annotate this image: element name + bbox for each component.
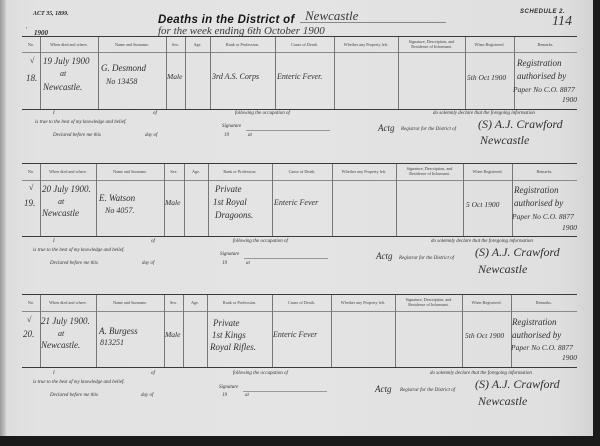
column-divider — [40, 295, 41, 367]
decl-of: of — [151, 371, 155, 376]
col-header-no: No. — [22, 300, 40, 305]
decl-following: following the occupation of — [235, 111, 290, 116]
date-registered: 5th Oct 1900 — [467, 73, 506, 82]
regiment-value: 1st Kings — [212, 330, 246, 340]
col-header-when-died: When died and where. — [40, 300, 96, 305]
cause-of-death: Enteric Fever. — [277, 72, 322, 81]
col-header-sex: Sex. — [166, 42, 185, 47]
rank-value: 3rd A.S. Corps — [212, 72, 259, 81]
col-header-rank: Rank or Profession. — [210, 42, 275, 47]
col-header-age: Age. — [184, 169, 208, 174]
decl-of: of — [151, 239, 155, 244]
acting-mark: Actg — [375, 384, 392, 394]
column-divider — [98, 37, 99, 109]
col-header-name: Name and Surname. — [96, 300, 164, 305]
col-header-sex: Sex. — [164, 300, 183, 305]
remarks-year: 1900 — [562, 95, 577, 104]
decl-19: 19 — [222, 261, 227, 266]
place-at: at — [58, 197, 64, 206]
registrar-district: Newcastle — [478, 394, 527, 409]
column-divider — [462, 295, 463, 367]
entry-bottom-rule — [22, 109, 577, 110]
column-divider — [210, 37, 211, 109]
place-died: Newcastle. — [43, 82, 82, 92]
sex-value: Male — [165, 330, 180, 339]
remarks-line: Paper No C.O. 8877 — [513, 85, 575, 94]
remarks-line: authorised by — [514, 198, 563, 208]
decl-signature-label: Signature — [219, 385, 238, 390]
col-header-remarks: Remarks. — [514, 42, 577, 47]
column-divider — [208, 164, 209, 236]
service-number: No 4057. — [105, 206, 134, 215]
acting-mark: Actg — [378, 123, 395, 133]
signature-line — [243, 391, 327, 392]
decl-at: at — [246, 261, 250, 266]
remarks-year: 1900 — [562, 353, 577, 362]
column-divider — [96, 295, 97, 367]
header-bottom-rule — [22, 52, 577, 53]
column-divider — [463, 164, 464, 236]
column-divider — [332, 164, 333, 236]
entry-tick: √ — [30, 56, 34, 65]
entry-tick: √ — [27, 315, 31, 324]
column-divider — [396, 164, 397, 236]
column-divider — [514, 37, 515, 109]
col-header-name: Name and Surname. — [98, 42, 166, 47]
col-header-remarks: Remarks. — [511, 300, 577, 305]
column-divider — [183, 295, 184, 367]
table-top-rule — [22, 163, 577, 164]
remarks-line: Registration — [512, 317, 557, 327]
remarks-line: Paper No C.O. 8877 — [512, 212, 574, 221]
rank-value: Private — [215, 184, 242, 194]
page-number: 114 — [552, 14, 572, 30]
entry-number: 18. — [26, 73, 37, 83]
column-divider — [465, 37, 466, 109]
act-reference: ACT 35, 1899. — [33, 11, 69, 17]
sex-value: Male — [167, 72, 182, 81]
column-divider — [184, 164, 185, 236]
entry-bottom-rule — [22, 236, 577, 237]
col-header-rank: Rank or Profession. — [208, 169, 272, 174]
decl-at: at — [248, 133, 252, 138]
column-divider — [96, 164, 97, 236]
regiment-value: 1st Royal — [213, 197, 247, 207]
remarks-line: authorised by — [512, 330, 561, 340]
registrar-district: Newcastle — [478, 262, 527, 277]
decl-solemnly: do solemnly declare that the foregoing i… — [431, 239, 533, 244]
column-divider — [207, 295, 208, 367]
service-number: 813251 — [100, 338, 124, 347]
col-header-no: No. — [22, 42, 40, 47]
registrar-signature: (S) A.J. Crawford — [478, 117, 563, 132]
deceased-name: E. Watson — [99, 193, 135, 203]
col-header-informant: Signature, Description, and Residence of… — [397, 297, 460, 307]
col-header-informant: Signature, Description, and Residence of… — [400, 39, 463, 49]
column-divider — [512, 164, 513, 236]
signature-line — [244, 258, 328, 259]
col-header-when-died: When died and where. — [40, 42, 98, 47]
decl-true: is true to the best of my knowledge and … — [35, 120, 127, 125]
regiment-value: Royal Rifles. — [210, 342, 256, 352]
date-registered: 5 Oct 1900 — [466, 200, 499, 209]
col-header-informant: Signature, Description, and Residence of… — [398, 166, 461, 176]
column-divider — [40, 164, 41, 236]
service-number: No 13458 — [106, 77, 137, 86]
column-divider — [40, 37, 41, 109]
place-died: Newcastle — [42, 208, 79, 218]
death-register-page: ACT 35, 1899. Deaths in the District of … — [0, 0, 593, 436]
entry-number: 20. — [23, 329, 34, 339]
column-divider — [334, 37, 335, 109]
remarks-year: 1900 — [562, 223, 577, 232]
entry-tick: √ — [29, 183, 33, 192]
col-header-sex: Sex. — [164, 169, 184, 174]
decl-i: I — [53, 111, 55, 116]
col-header-property: Whether any Property left. — [331, 300, 395, 305]
tick-mark: ' — [26, 26, 27, 34]
place-died: Newcastle. — [41, 340, 80, 350]
remarks-line: authorised by — [517, 71, 566, 81]
cause-of-death: Enteric Fever — [273, 330, 317, 339]
decl-solemnly: do solemnly declare that the foregoing i… — [433, 111, 535, 116]
registrar-signature: (S) A.J. Crawford — [475, 245, 560, 260]
cause-of-death: Enteric Fever — [274, 198, 318, 207]
decl-of: of — [153, 111, 157, 116]
date-registered: 5th Oct 1900 — [465, 331, 504, 340]
signature-line — [246, 130, 330, 131]
col-header-cause: Cause of Death. — [272, 169, 332, 174]
page-binding-edge — [0, 0, 6, 436]
header-bottom-rule — [22, 311, 577, 312]
decl-i: I — [53, 371, 55, 376]
remarks-line: Registration — [517, 58, 562, 68]
column-divider — [275, 37, 276, 109]
table-top-rule — [22, 36, 577, 37]
col-header-cause: Cause of Death. — [272, 300, 331, 305]
col-header-cause: Cause of Death. — [275, 42, 334, 47]
registrar-district: Newcastle — [480, 133, 529, 148]
registrar-label: Registrar for the District of — [399, 256, 454, 261]
registrar-label: Registrar for the District of — [400, 388, 455, 393]
decl-following: following the occupation of — [233, 239, 288, 244]
header-bottom-rule — [22, 180, 577, 181]
col-header-name: Name and Surname. — [96, 169, 164, 174]
registrar-signature: (S) A.J. Crawford — [475, 377, 560, 392]
acting-mark: Actg — [376, 251, 393, 261]
table-top-rule — [22, 294, 577, 295]
decl-day-of: day of — [142, 261, 154, 266]
decl-at: at — [245, 393, 249, 398]
decl-i: I — [53, 239, 55, 244]
col-header-property: Whether any Property left. — [334, 42, 398, 47]
decl-signature-label: Signature — [220, 252, 239, 257]
decl-day-of: day of — [145, 133, 157, 138]
decl-following: following the occupation of — [233, 371, 288, 376]
column-divider — [185, 37, 186, 109]
decl-declared: Declared before me this — [50, 261, 98, 266]
column-divider — [272, 164, 273, 236]
remarks-line: Registration — [514, 185, 559, 195]
column-divider — [395, 295, 396, 367]
entry-bottom-rule — [22, 367, 577, 368]
decl-day-of: day of — [141, 393, 153, 398]
sex-value: Male — [165, 198, 180, 207]
col-header-no: No. — [22, 169, 40, 174]
decl-true: is true to the best of my knowledge and … — [33, 380, 125, 385]
decl-19: 19 — [222, 393, 227, 398]
decl-signature-label: Signature — [222, 124, 241, 129]
decl-solemnly: do solemnly declare that the foregoing i… — [430, 371, 532, 376]
date-died: 19 July 1900 — [43, 56, 90, 66]
col-header-registered: When Registered. — [462, 300, 511, 305]
col-header-age: Age. — [185, 42, 210, 47]
col-header-remarks: Remarks. — [512, 169, 577, 174]
col-header-when-died: When died and where. — [40, 169, 96, 174]
col-header-property: Whether any Property left. — [332, 169, 396, 174]
remarks-line: Paper No C.O. 8877 — [511, 343, 573, 352]
deceased-name: G. Desmond — [101, 63, 146, 73]
col-header-age: Age. — [183, 300, 207, 305]
decl-true: is true to the best of my knowledge and … — [33, 248, 125, 253]
deceased-name: A. Burgess — [99, 326, 138, 336]
decl-19: 19 — [224, 133, 229, 138]
decl-declared: Declared before me this — [50, 393, 98, 398]
entry-number: 19. — [24, 198, 35, 208]
decl-declared: Declared before me this — [53, 133, 101, 138]
rank-value: Private — [213, 318, 240, 328]
district-underline — [300, 22, 446, 23]
col-header-registered: When Registered. — [465, 42, 514, 47]
date-died: 20 July 1900. — [42, 184, 91, 194]
col-header-registered: When Registered. — [463, 169, 512, 174]
col-header-rank: Rank or Profession. — [207, 300, 272, 305]
column-divider — [331, 295, 332, 367]
column-divider — [398, 37, 399, 109]
place-at: at — [60, 69, 66, 78]
place-at: at — [58, 329, 64, 338]
registrar-label: Registrar for the District of — [401, 127, 456, 132]
regiment-value: Dragoons. — [215, 210, 253, 220]
date-died: 21 July 1900. — [41, 316, 90, 326]
